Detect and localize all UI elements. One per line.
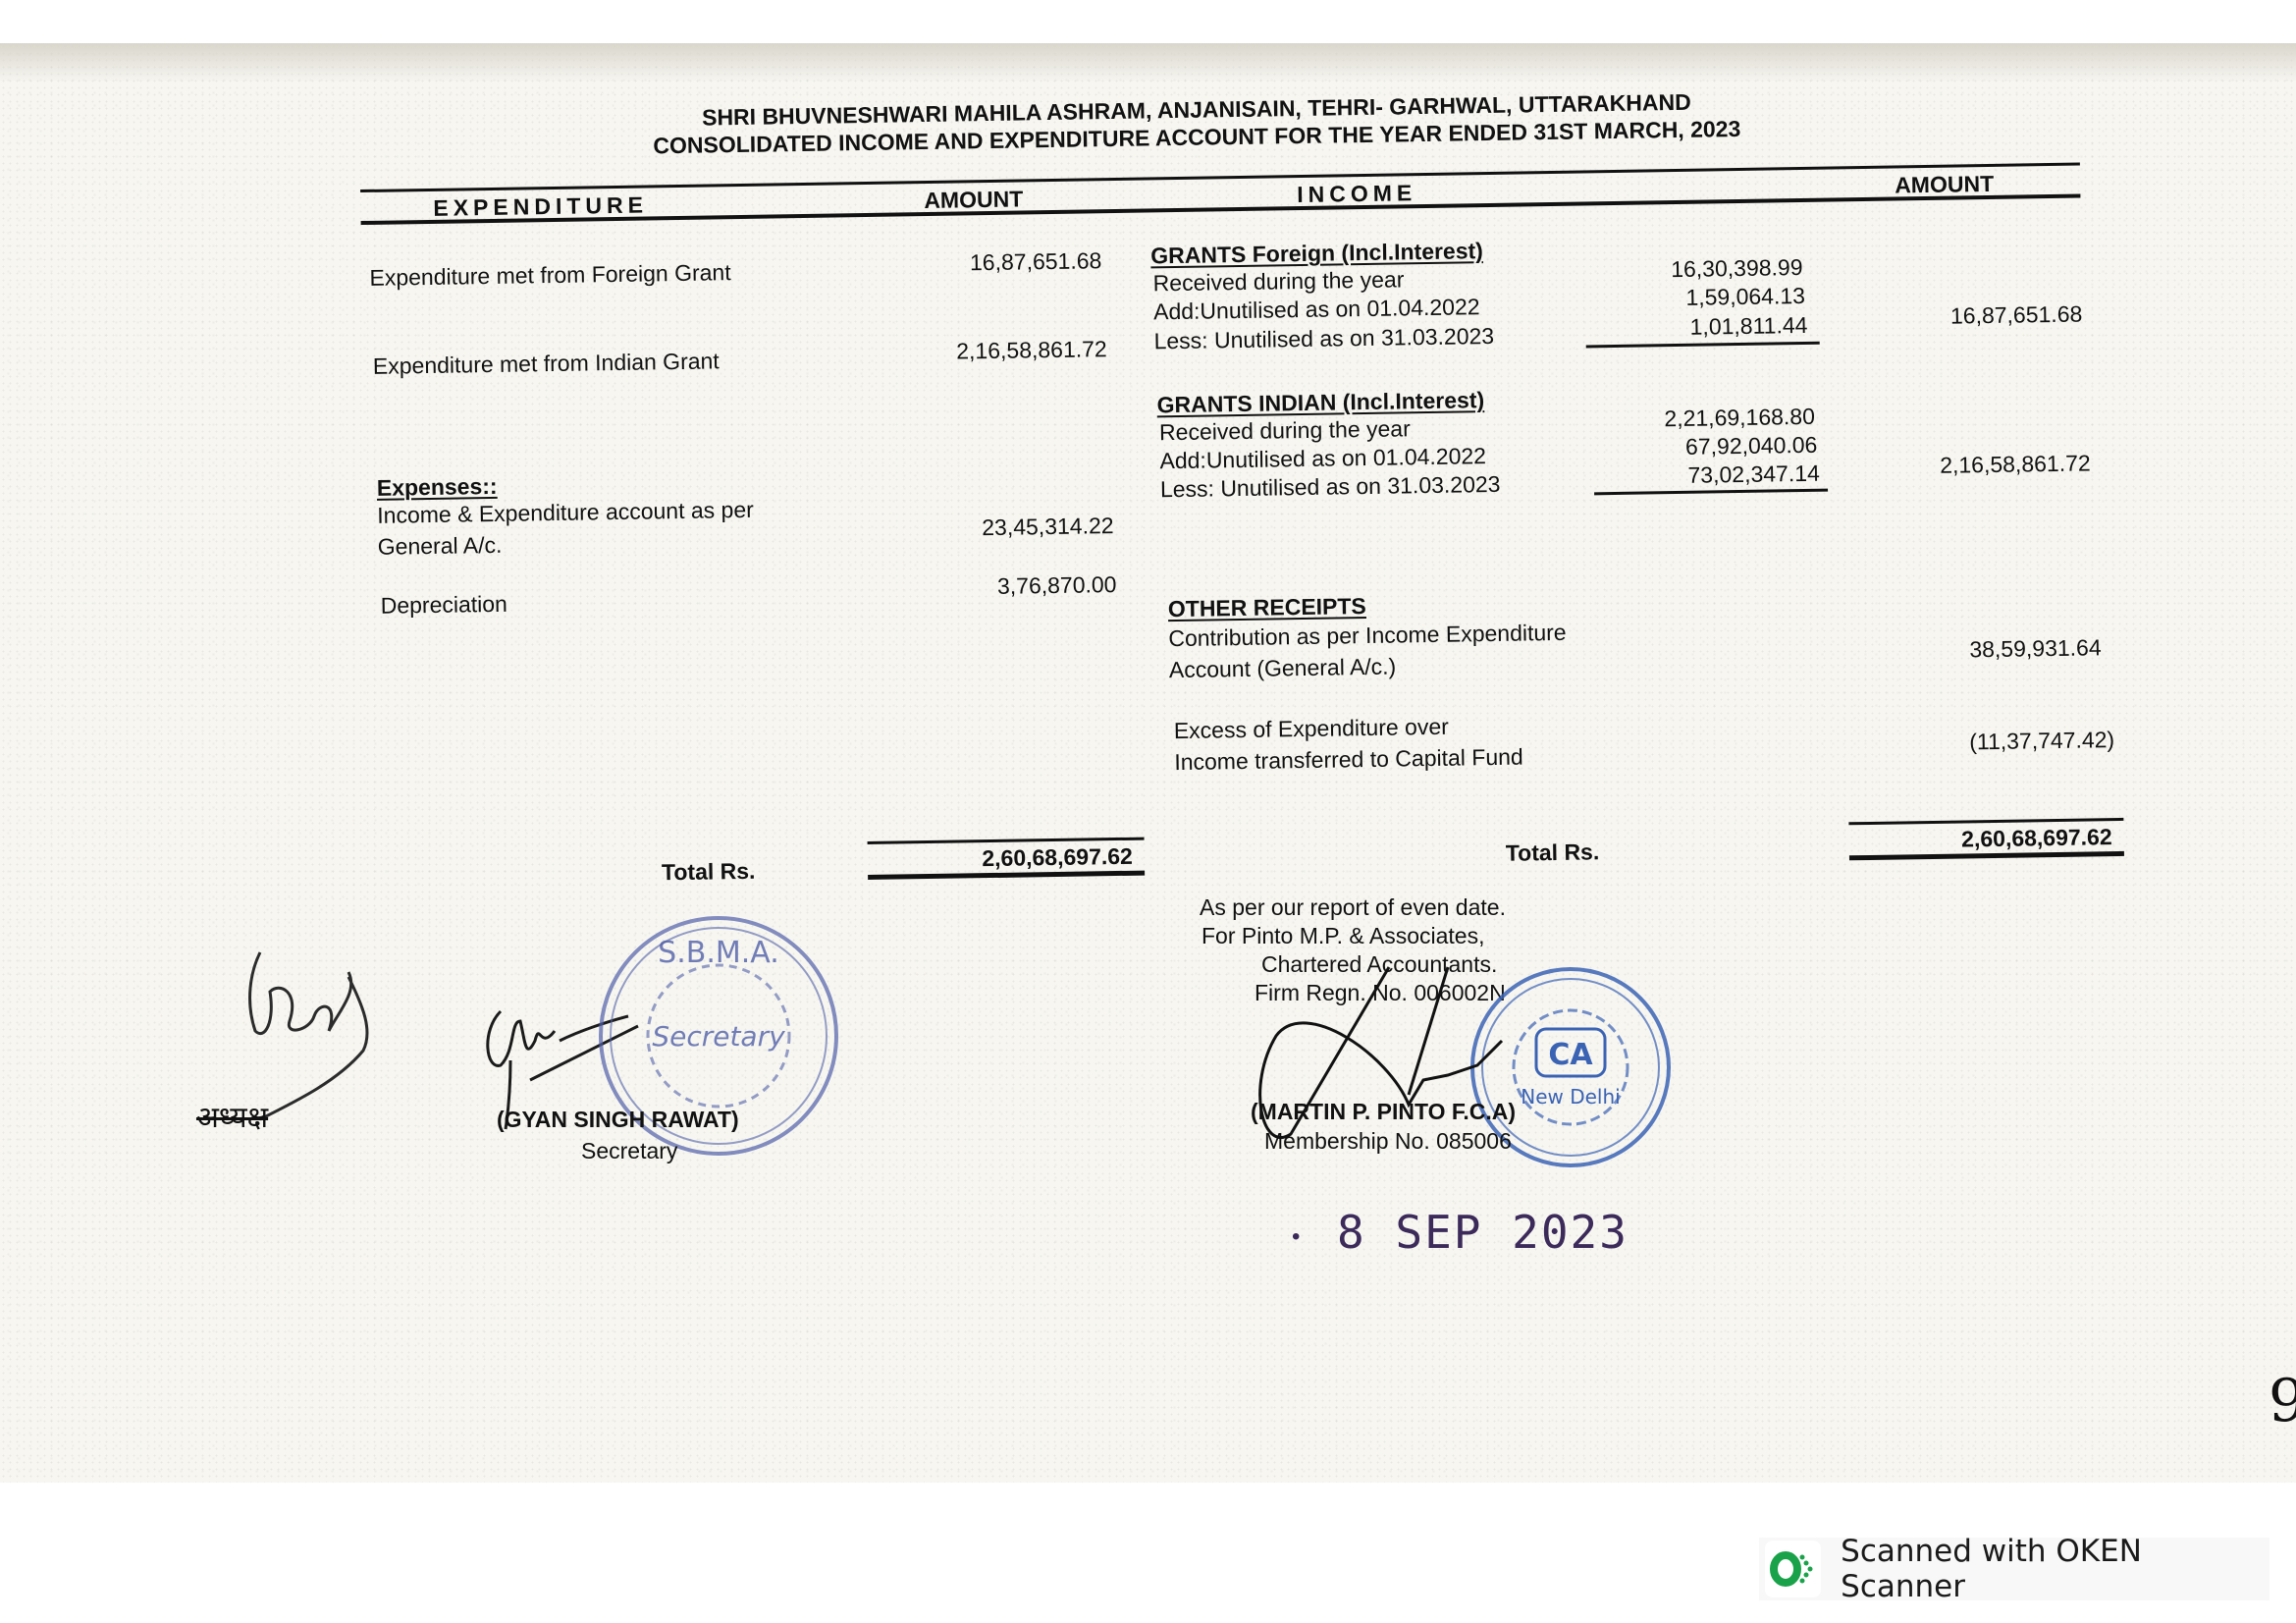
inc-total-label: Total Rs. [1506,838,1600,866]
exp-indian-amount: 2,16,58,861.72 [901,335,1107,365]
auditor-firm-line: For Pinto M.P. & Associates, [1201,922,1484,949]
president-hindi-title: अध्यक्ष [196,1105,268,1132]
secretary-title: Secretary [581,1137,677,1164]
document: SHRI BHUVNESHWARI MAHILA ASHRAM, ANJANIS… [0,0,2296,1501]
exp-indian-label: Expenditure met from Indian Grant [373,347,720,380]
excess-label-1: Excess of Expenditure over [1174,713,1449,744]
grants-foreign-row-amount: 1,01,811.44 [1568,311,1807,343]
grants-foreign-row-amount: 1,59,064.13 [1568,282,1805,313]
grants-foreign-row-label: Less: Unutilised as on 31.03.2023 [1153,322,1494,354]
column-amount-right: AMOUNT [1895,170,1994,199]
inc-total-amount: 2,60,68,697.62 [1870,823,2111,854]
date-stamp-mark: • [1292,1223,1300,1251]
watermark-text: Scanned with OKEN Scanner [1841,1534,2269,1604]
grants-foreign-subtotal-rule [1586,342,1820,349]
exp-general-label-2: General A/c. [378,531,503,561]
auditor-membership: Membership No. 085006 [1264,1127,1512,1155]
secretary-name: (GYAN SINGH RAWAT) [497,1106,739,1133]
grants-foreign-heading: GRANTS Foreign (Incl.Interest) [1150,237,1483,269]
exp-total-label: Total Rs. [662,857,756,886]
auditor-report-line: As per our report of even date. [1200,893,1506,921]
grants-indian-heading: GRANTS INDIAN (Incl.Interest) [1156,386,1484,418]
exp-foreign-amount: 16,87,651.68 [899,246,1101,277]
grants-indian-net: 2,16,58,861.72 [1844,449,2090,480]
column-amount-left: AMOUNT [924,185,1023,214]
header-rule-top [360,163,2080,193]
grants-foreign-row-amount: 16,30,398.99 [1567,253,1802,285]
grants-foreign-row-label: Received during the year [1152,265,1404,297]
grants-indian-row-amount: 2,21,69,168.80 [1570,403,1815,434]
exp-total-amount: 2,60,68,697.62 [889,842,1133,874]
exp-depreciation-label: Depreciation [381,590,508,620]
grants-indian-row-amount: 73,02,347.14 [1571,460,1820,491]
grants-foreign-net: 16,87,651.68 [1842,300,2082,332]
auditor-name: (MARTIN P. PINTO F.C.A) [1251,1098,1516,1125]
exp-depreciation-amount: 3,76,870.00 [904,570,1116,601]
excess-label-2: Income transferred to Capital Fund [1174,743,1523,777]
exp-general-label-1: Income & Expenditure account as per [377,496,754,529]
expenses-heading: Expenses:: [377,472,498,502]
column-expenditure: EXPENDITURE [433,190,648,221]
column-income: INCOME [1297,179,1416,208]
other-receipts-label-1: Contribution as per Income Expenditure [1168,619,1567,652]
page-number: 9 [2269,1367,2296,1435]
svg-text:S.B.M.A.: S.B.M.A. [658,936,779,970]
svg-text:Secretary: Secretary [652,1020,785,1053]
scanner-watermark: Scanned with OKEN Scanner [1759,1538,2269,1600]
exp-foreign-label: Expenditure met from Foreign Grant [369,258,731,292]
grants-indian-row-label: Add:Unutilised as on 01.04.2022 [1159,442,1486,474]
excess-amount: (11,37,747.42) [1849,726,2114,757]
oken-logo-icon [1765,1541,1821,1597]
other-receipts-amount: 38,59,931.64 [1847,633,2101,665]
grants-foreign-row-label: Add:Unutilised as on 01.04.2022 [1153,293,1480,325]
svg-text:CA: CA [1548,1038,1593,1072]
exp-general-amount: 23,45,314.22 [903,512,1113,542]
other-receipts-heading: OTHER RECEIPTS [1168,592,1366,622]
grants-indian-row-label: Received during the year [1159,414,1411,446]
grants-indian-row-amount: 67,92,040.06 [1570,431,1817,462]
date-stamp: 8 SEP 2023 [1337,1206,1629,1259]
other-receipts-label-2: Account (General A/c.) [1169,653,1397,684]
grants-indian-row-label: Less: Unutilised as on 31.03.2023 [1160,470,1501,503]
